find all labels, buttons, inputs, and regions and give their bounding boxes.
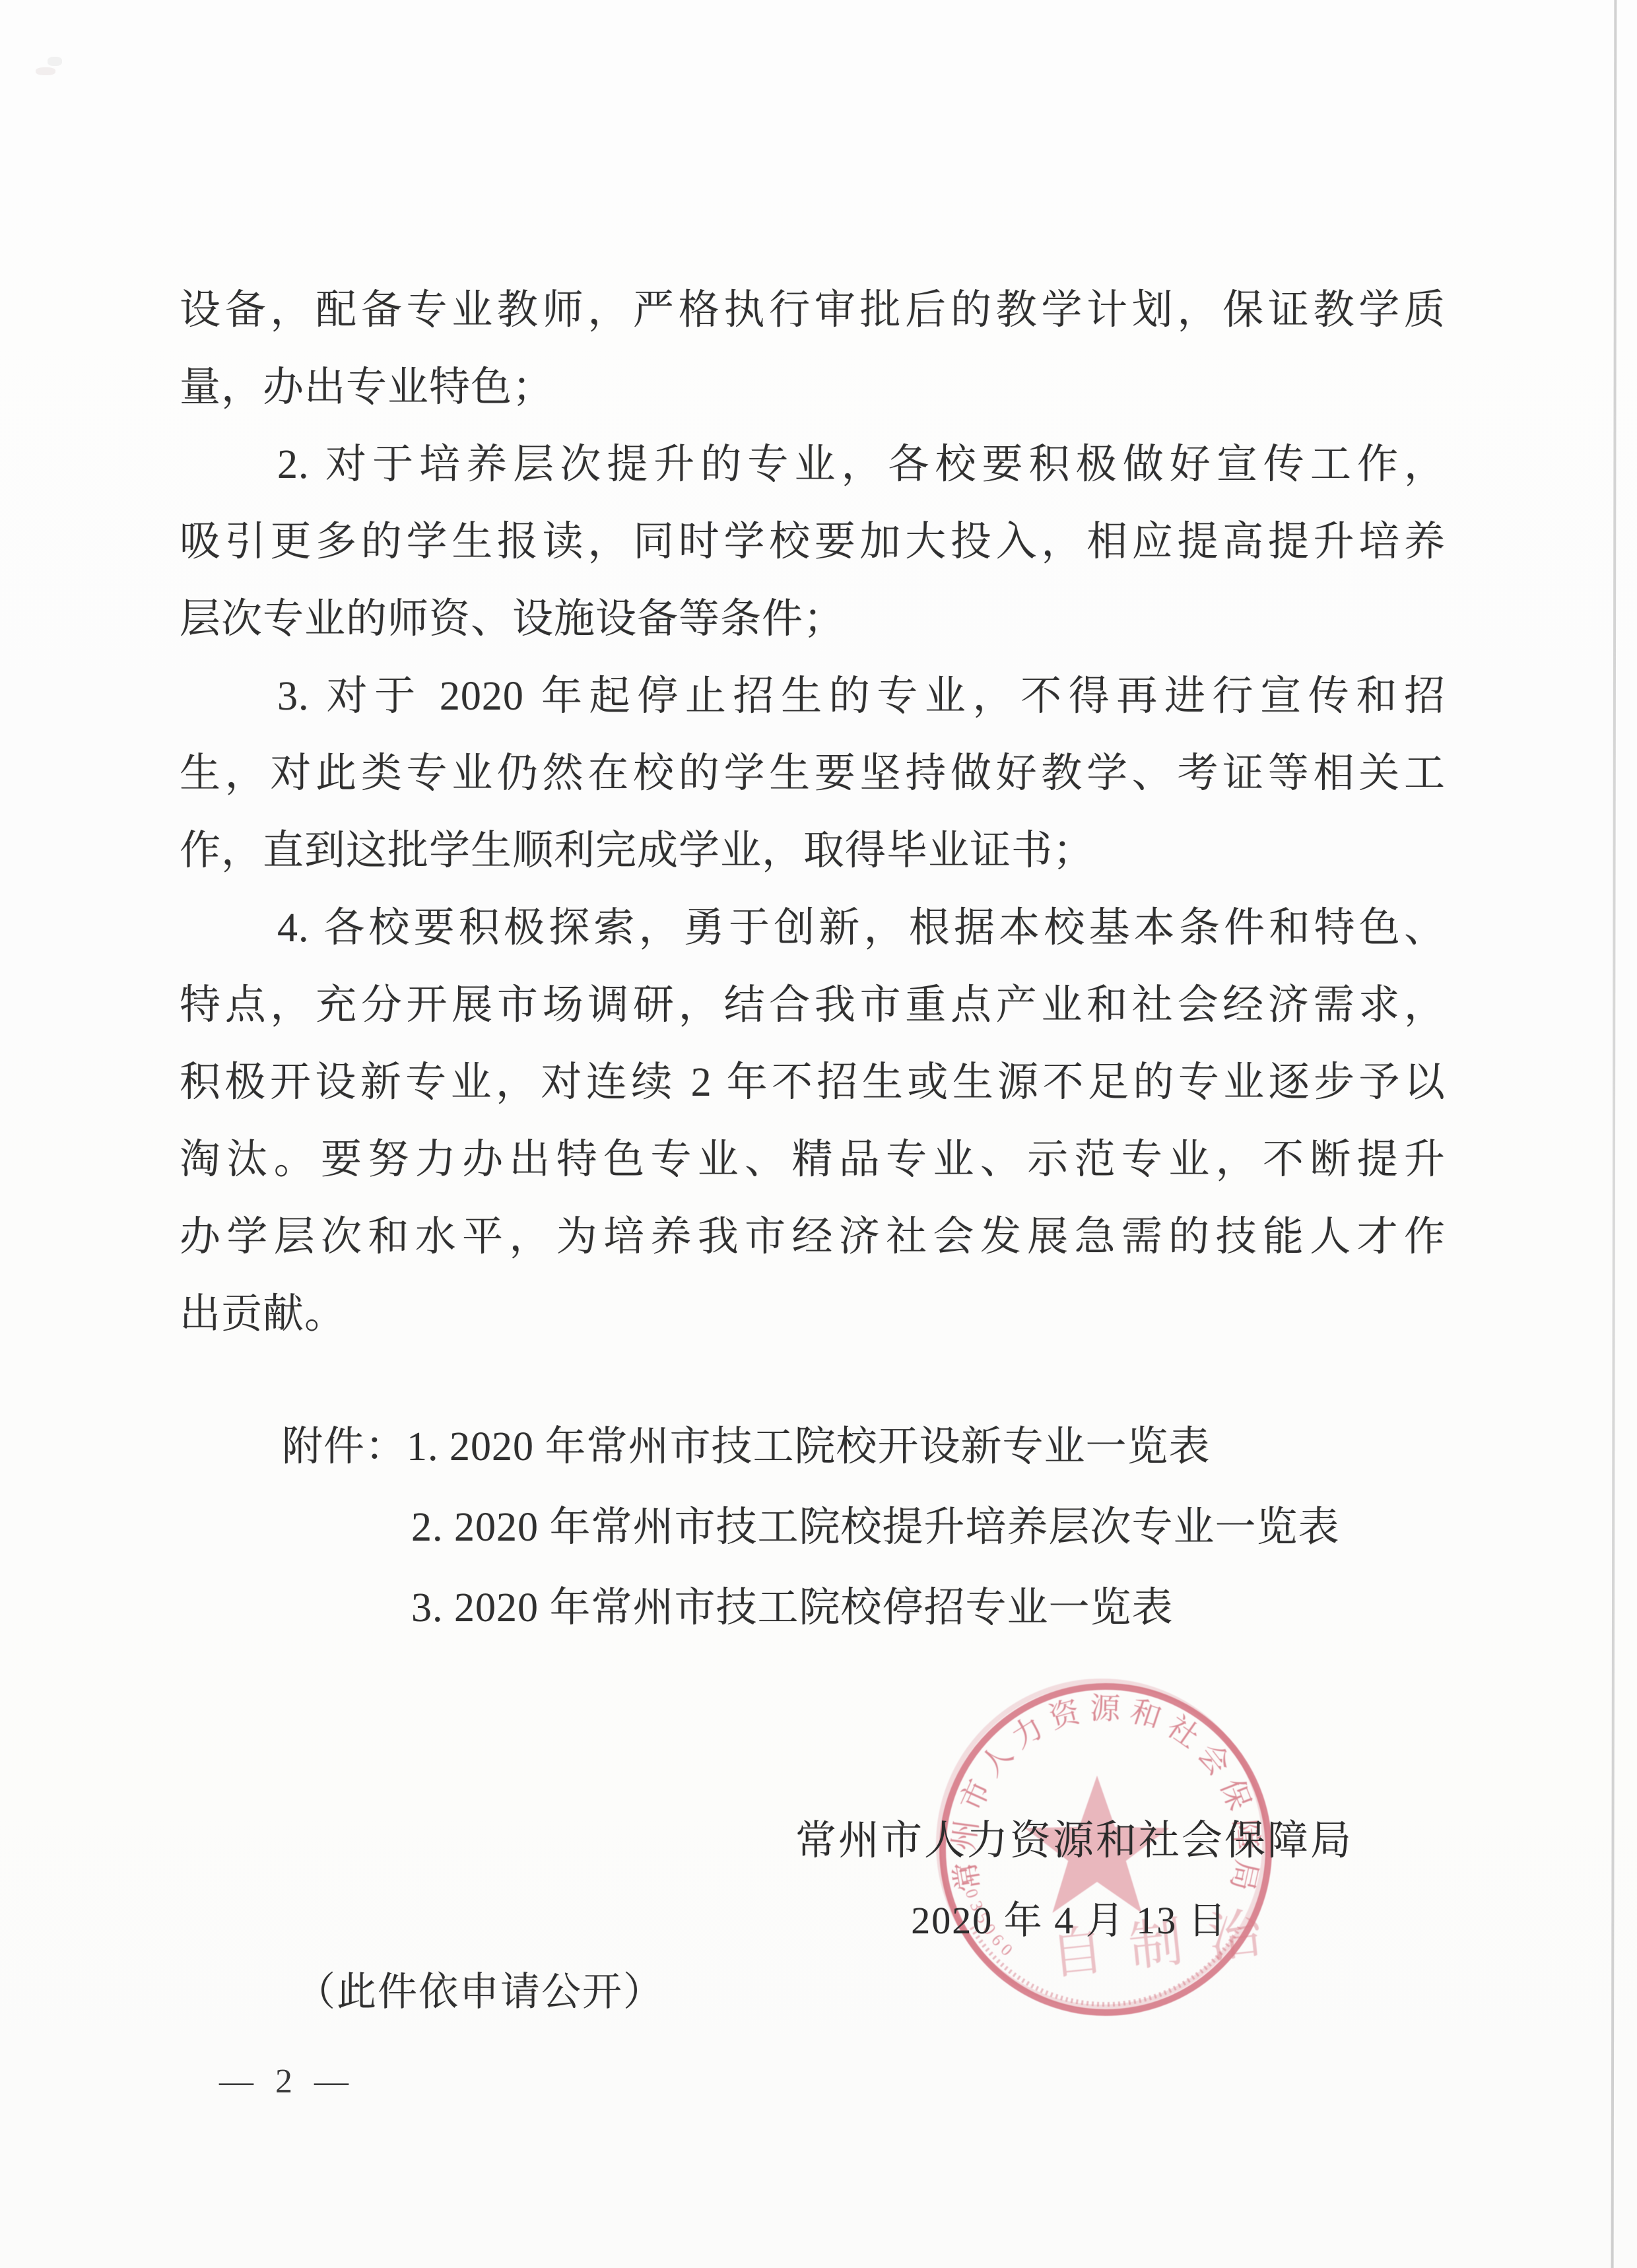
scan-smudge xyxy=(36,67,55,75)
body-line: 积极开设新专业，对连续 2 年不招生或生源不足的专业逐步予以 xyxy=(180,1044,1446,1121)
body-line: 层次专业的师资、设施设备等条件； xyxy=(180,581,1446,658)
scanned-document-page: 设备，配备专业教师，严格执行审批后的教学计划，保证教学质 量，办出专业特色； 2… xyxy=(0,0,1637,2268)
document-body: 设备，配备专业教师，严格执行审批后的教学计划，保证教学质 量，办出专业特色； 2… xyxy=(180,272,1446,1353)
body-line: 特点，充分开展市场调研，结合我市重点产业和社会经济需求， xyxy=(180,967,1446,1044)
attachment-line: 2. 2020 年常州市技工院校提升培养层次专业一览表 xyxy=(180,1487,1446,1568)
body-line: 出贡献。 xyxy=(180,1276,1446,1353)
attachment-line: 3. 2020 年常州市技工院校停招专业一览表 xyxy=(180,1568,1446,1648)
issuing-agency: 常州市人力资源和社会保障局 xyxy=(795,1807,1370,1866)
body-line: 生，对此类专业仍然在校的学生要坚持做好教学、考证等相关工 xyxy=(180,735,1446,813)
body-line: 吸引更多的学生报读，同时学校要加大投入，相应提高提升培养 xyxy=(180,504,1446,581)
body-line: 淘汰。要努力办出特色专业、精品专业、示范专业，不断提升 xyxy=(180,1121,1446,1199)
body-line: 3. 对于 2020 年起停止招生的专业，不得再进行宣传和招 xyxy=(180,658,1446,735)
body-line: 设备，配备专业教师，严格执行审批后的教学计划，保证教学质 xyxy=(180,272,1446,349)
attachment-line: 附件：1. 2020 年常州市技工院校开设新专业一览表 xyxy=(180,1407,1446,1487)
body-line: 4. 各校要积极探索，勇于创新，根据本校基本条件和特色、 xyxy=(180,890,1446,967)
page-number: — 2 — xyxy=(219,2062,355,2101)
body-line: 作，直到这批学生顺利完成学业，取得毕业证书； xyxy=(180,813,1446,890)
body-line: 2. 对于培养层次提升的专业，各校要积极做好宣传工作， xyxy=(180,426,1446,504)
body-line: 量，办出专业特色； xyxy=(180,349,1446,426)
issue-date: 2020 年 4 月 13 日 xyxy=(894,1889,1244,1945)
scan-artifact-line xyxy=(1611,0,1617,2268)
disclosure-note: （此件依申请公开） xyxy=(296,1960,664,2017)
scan-smudge xyxy=(48,57,62,66)
body-line: 办学层次和水平，为培养我市经济社会发展急需的技能人才作 xyxy=(180,1199,1446,1276)
attachments-list: 附件：1. 2020 年常州市技工院校开设新专业一览表 2. 2020 年常州市… xyxy=(180,1407,1446,1648)
